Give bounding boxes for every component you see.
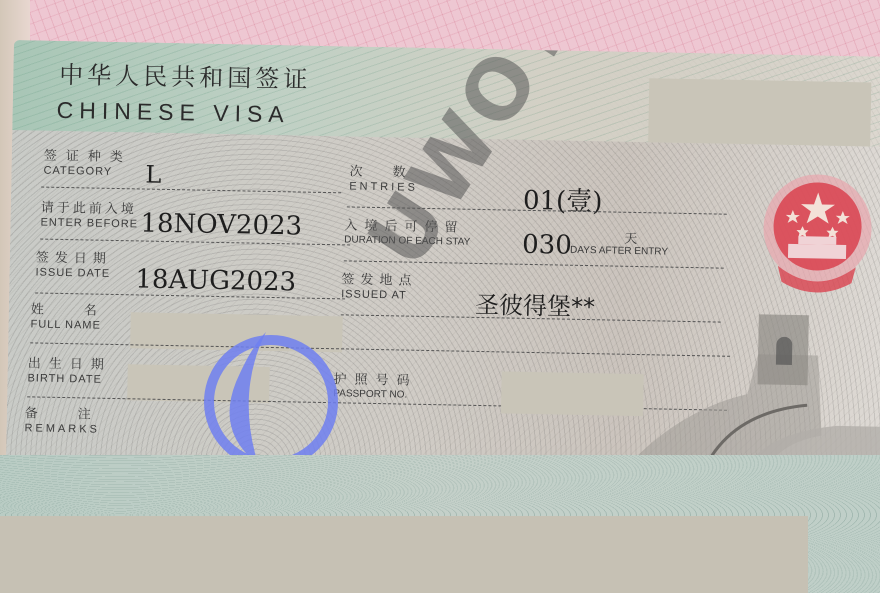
category-label-cn: 签证种类: [44, 145, 132, 166]
issued-at-label-cn: 签发地点: [341, 268, 417, 288]
birth-date-label-cn: 出生日期: [28, 352, 112, 373]
visa-title-cn: 中华人民共和国签证: [59, 55, 312, 95]
enter-before-value: 18NOV2023: [140, 208, 302, 241]
duration-unit-cn: 天: [624, 228, 646, 247]
visa-title-en: CHINESE VISA: [56, 97, 290, 128]
category-label-en: CATEGORY: [43, 165, 112, 178]
duration-value: 030: [522, 230, 572, 261]
category-value: L: [145, 161, 161, 189]
visa-sticker: 中华人民共和国签证 CHINESE VISA 签证种类 CATEGORY L 请…: [6, 40, 880, 487]
duration-unit-en: DAYS AFTER ENTRY: [570, 245, 668, 258]
redacted-machine-readable-zone: [0, 516, 808, 593]
national-emblem-icon: [757, 169, 877, 299]
enter-before-label-en: ENTER BEFORE: [40, 217, 138, 231]
issue-date-value: 18AUG2023: [135, 264, 296, 297]
enter-before-label-cn: 请于此前入境: [41, 197, 137, 218]
passport-no-label-cn: 护照号码: [333, 368, 417, 389]
full-name-label-cn: 姓名: [31, 298, 137, 319]
entries-value: 01(壹): [523, 180, 603, 219]
birth-date-label-en: BIRTH DATE: [27, 372, 102, 385]
blue-stamp-logo-icon: [196, 322, 346, 472]
remarks-label-en: REMARKS: [24, 422, 100, 435]
remarks-label-cn: 备注: [25, 402, 131, 423]
issue-date-label-cn: 签发日期: [36, 246, 112, 266]
divider: [40, 239, 350, 246]
divider: [41, 187, 341, 194]
issued-at-label-en: ISSUED AT: [341, 288, 407, 301]
full-name-label-en: FULL NAME: [30, 318, 101, 331]
issue-date-label-en: ISSUE DATE: [35, 266, 110, 279]
redacted-visa-number: [648, 78, 871, 146]
